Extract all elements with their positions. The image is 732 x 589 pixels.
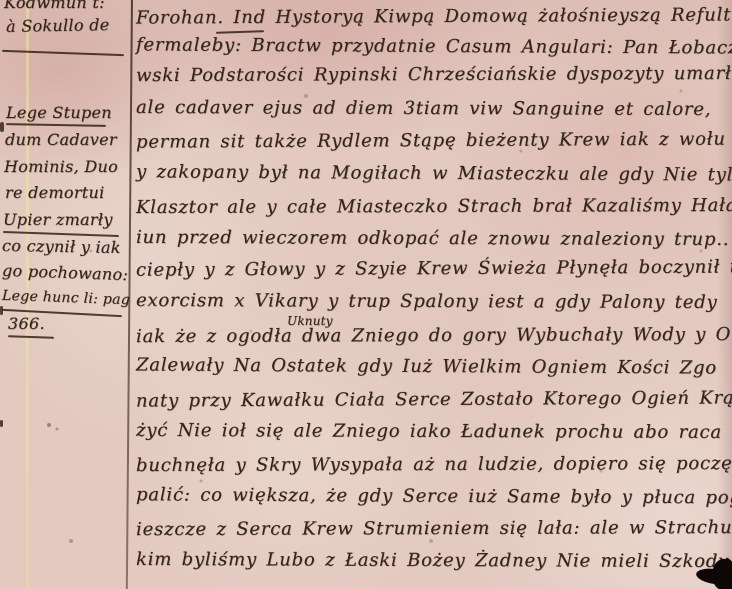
margin-top-note-line: Kodwmun t: bbox=[4, 0, 105, 12]
margin-top-note-line: à Sokullo de bbox=[6, 15, 110, 36]
margin-latin-note-line: Hominis, Duo bbox=[4, 157, 118, 176]
margin-polish-note-line: Lege hunc li: pag bbox=[2, 288, 131, 308]
manuscript-line: fermaleby: Bractw przydatnie Casum Angul… bbox=[136, 34, 732, 58]
manuscript-line: ale cadaver ejus ad diem 3tiam viw Sangu… bbox=[136, 97, 711, 120]
manuscript-line: Forohan. Ind Hystoryą Kiwpą Domową żałoś… bbox=[136, 4, 731, 28]
margin-polish-note-line: 366. bbox=[8, 314, 45, 333]
margin-latin-note-line: dum Cadaver bbox=[5, 130, 117, 149]
word-underline bbox=[216, 30, 264, 34]
manuscript-line: Klasztor ale y całe Miasteczko Strach br… bbox=[136, 195, 732, 218]
manuscript-line: kim byliśmy Lubo z Łaski Bożey Żadney Ni… bbox=[136, 549, 729, 572]
manuscript-line: wski Podstarości Rypinski Chrześciańskie… bbox=[136, 63, 732, 86]
manuscript-page: Kodwmun t: à Sokullo de Lege Stupen dum … bbox=[0, 0, 732, 589]
manuscript-line: żyć Nie ioł się ale Zniego iako Ładunek … bbox=[136, 420, 732, 443]
manuscript-line: y zakopany był na Mogiłach w Miasteczku … bbox=[136, 161, 732, 185]
manuscript-line: Zalewały Na Ostatek gdy Iuż Wielkim Ogni… bbox=[136, 354, 717, 378]
paper-specks bbox=[0, 0, 2, 2]
edge-ink-mark bbox=[0, 122, 4, 132]
margin-latin-note-line: Lege Stupen bbox=[6, 103, 112, 122]
manuscript-line: ciepły y z Głowy y z Szyie Krew Świeża P… bbox=[136, 256, 732, 280]
manuscript-line: palić: co większa, że gdy Serce iuż Same… bbox=[136, 484, 732, 508]
margin-note-underline bbox=[6, 123, 106, 127]
manuscript-line: naty przy Kawałku Ciała Serce Zostało Kt… bbox=[136, 387, 732, 411]
manuscript-line: ieszcze z Serca Krew Strumieniem się lał… bbox=[136, 517, 732, 540]
margin-polish-note-line: co czynił y iak bbox=[2, 236, 121, 257]
edge-ink-mark bbox=[0, 420, 3, 427]
manuscript-line: iak że z ogodła dwa Zniego do gory Wybuc… bbox=[136, 324, 732, 347]
manuscript-line: buchnęła y Skry Wysypała aż na ludzie, d… bbox=[136, 453, 732, 476]
margin-polish-note-line: go pochowano: bbox=[2, 261, 129, 284]
margin-note-underline bbox=[8, 335, 54, 339]
margin-latin-note-line: re demortui bbox=[5, 183, 105, 202]
manuscript-line: exorcism x Vikary y trup Spalony iest a … bbox=[136, 290, 718, 313]
manuscript-line: perman sit także Rydlem Stąpę bieżenty K… bbox=[136, 128, 732, 152]
margin-polish-note-line: Upier zmarły bbox=[3, 210, 113, 229]
manuscript-line: iun przed wieczorem odkopać ale znowu zn… bbox=[136, 227, 729, 250]
margin-note-underline bbox=[2, 50, 124, 56]
